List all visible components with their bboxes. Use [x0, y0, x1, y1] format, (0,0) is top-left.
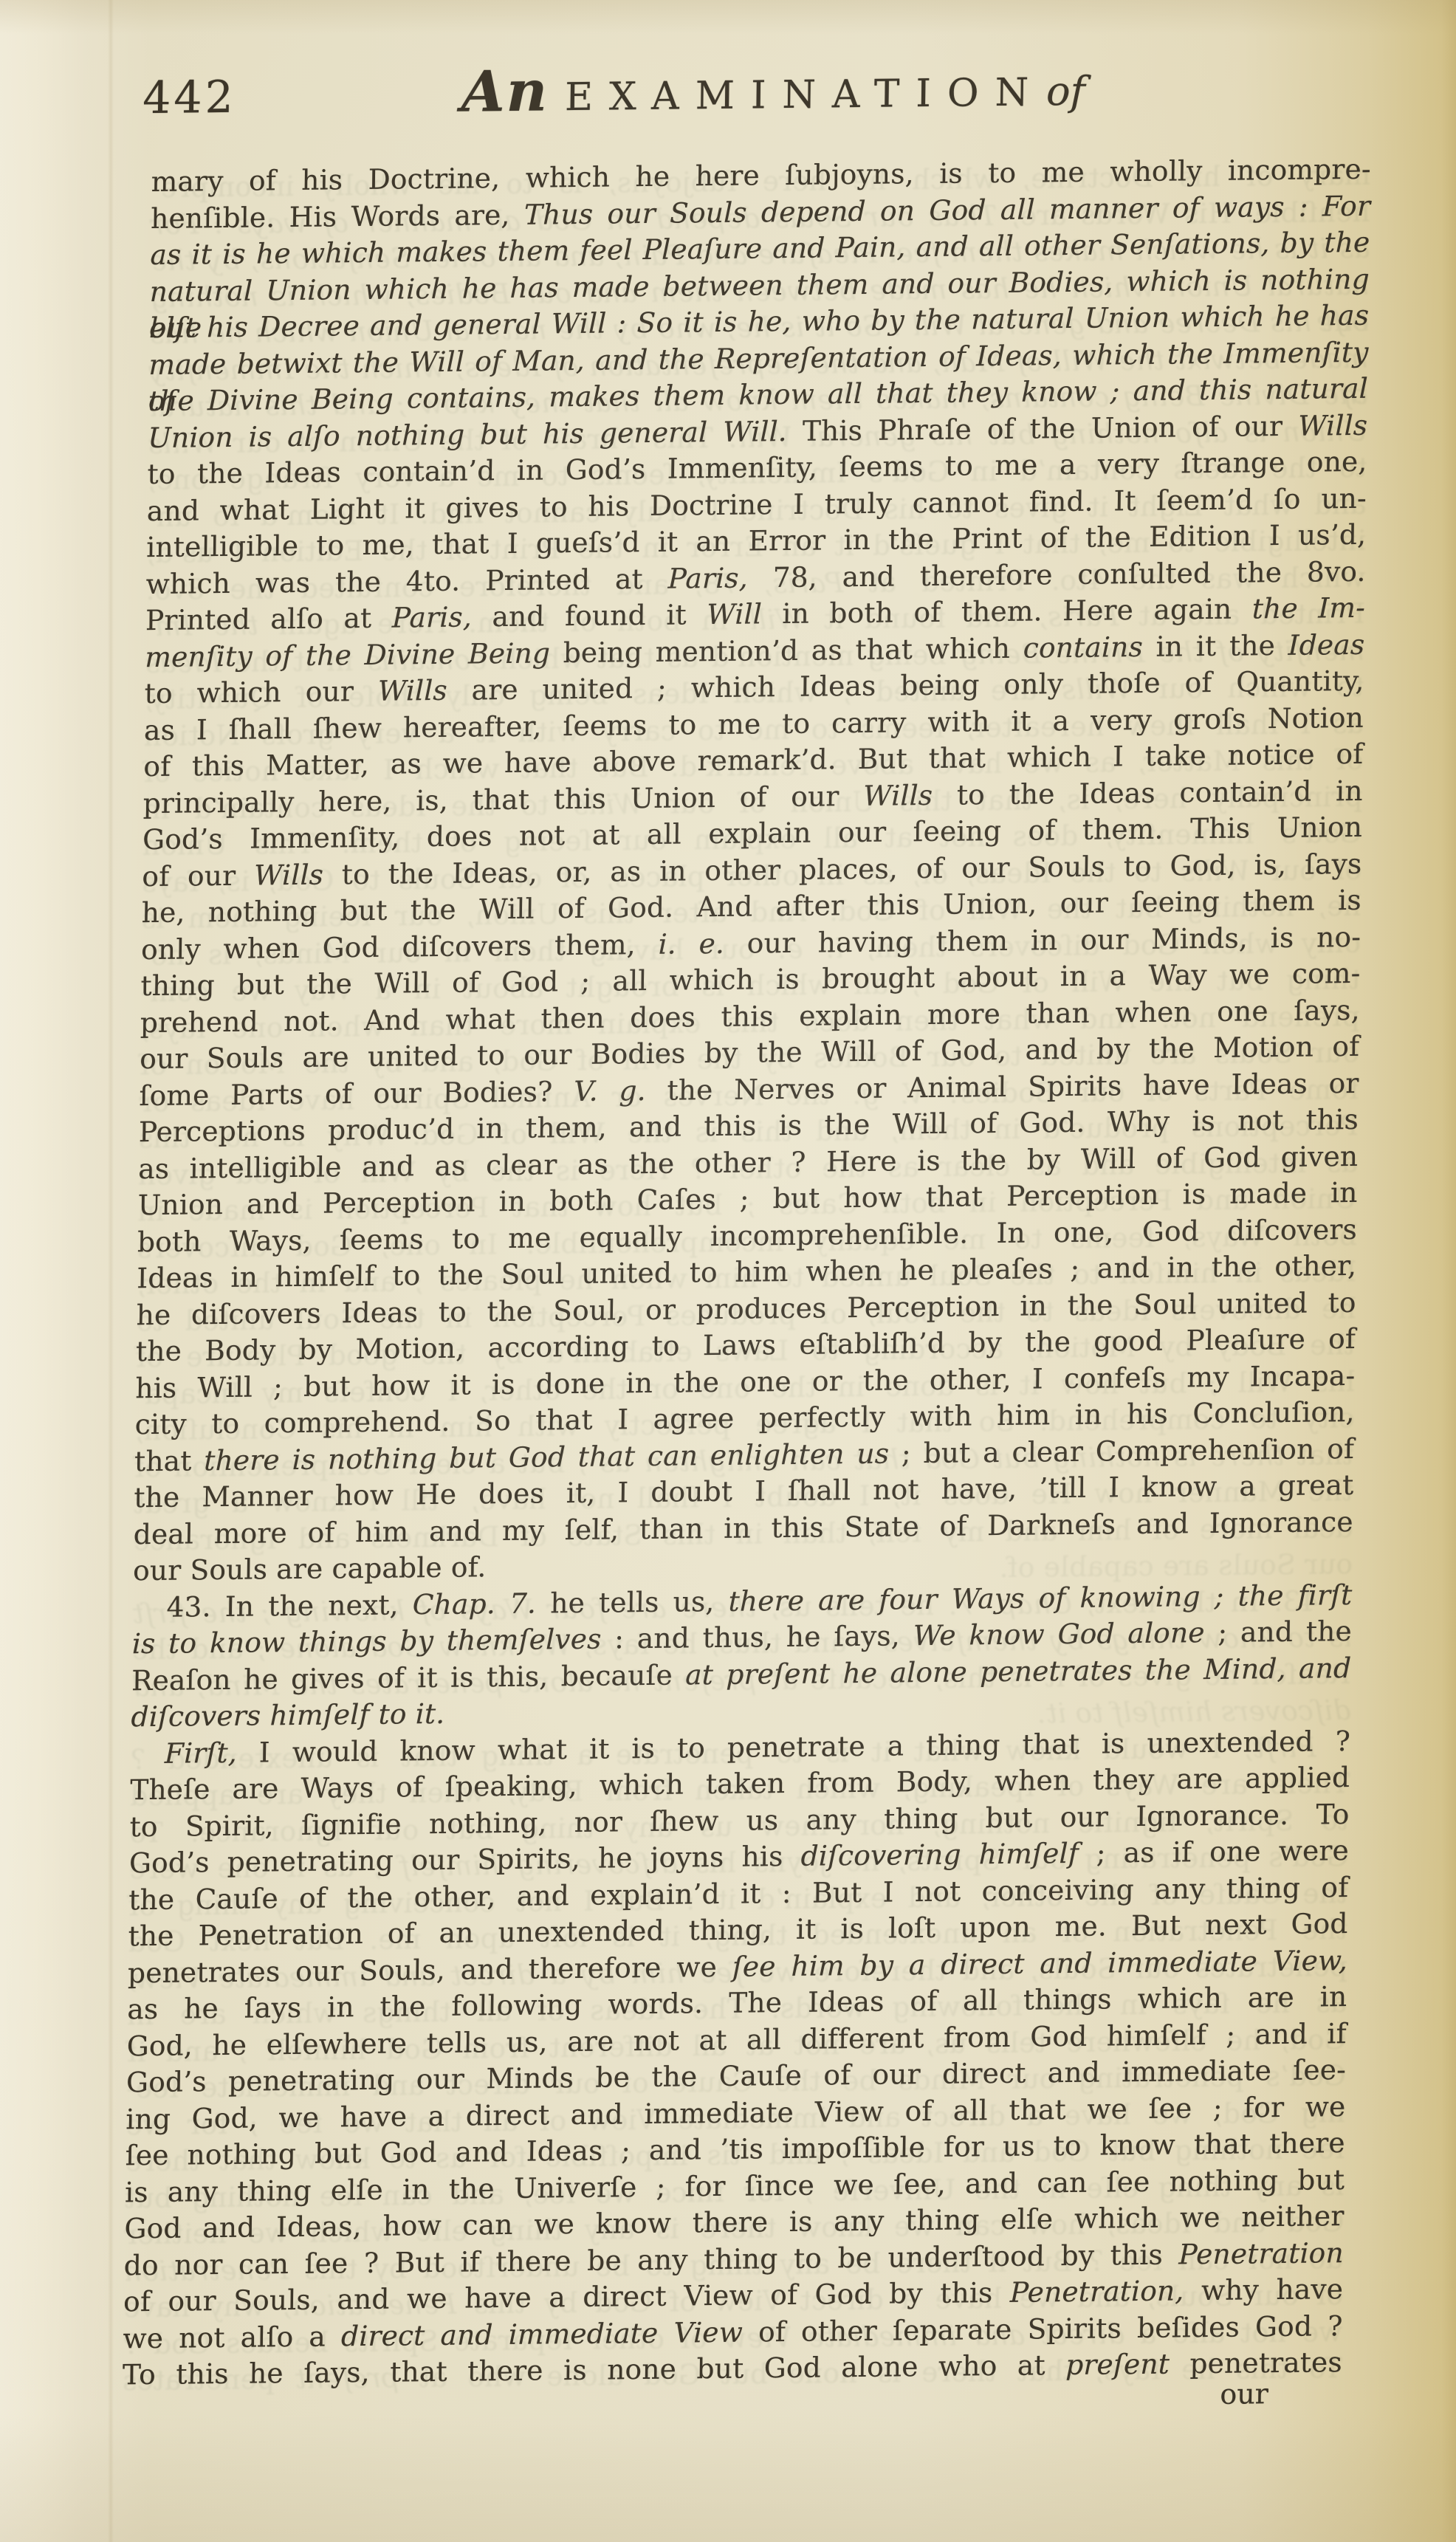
running-title-trail: of — [1046, 68, 1085, 115]
page-content: mary of his Doctrine, which he here ſubj… — [0, 0, 1456, 2542]
running-title-lead: An — [461, 58, 549, 124]
running-title-main: EXAMINATION — [565, 70, 1045, 120]
body-text: mary of his Doctrine, which he here ſubj… — [123, 151, 1372, 2394]
catchword: our — [1220, 2377, 1268, 2411]
running-title: AnEXAMINATIONof — [45, 48, 1456, 129]
book-page-scan: mary of his Doctrine, which he here ſubj… — [0, 0, 1456, 2542]
